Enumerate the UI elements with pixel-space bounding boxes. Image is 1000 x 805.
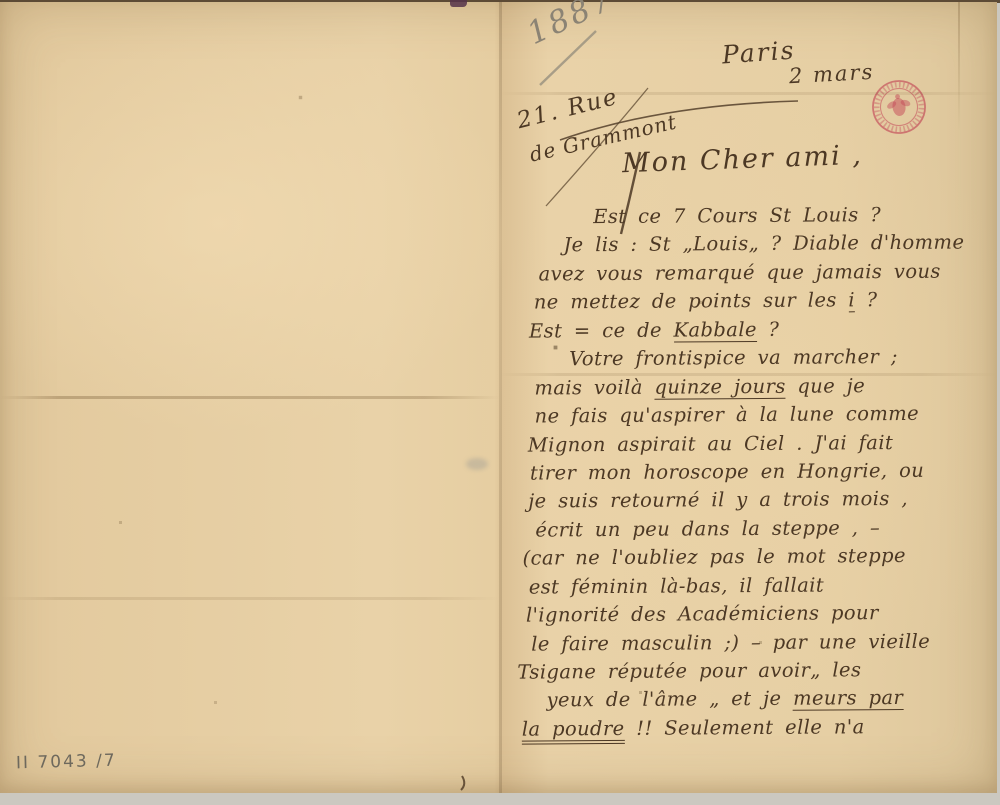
fold-crease-horizontal: [0, 597, 500, 600]
letter-body: Est ce 7 Cours St Louis ?Je lis : St „Lo…: [514, 202, 996, 746]
body-line: tirer mon horoscope en Hongrie, ou: [516, 458, 994, 490]
body-line: Est = ce de Kabbale ?: [515, 316, 993, 348]
body-line: Mignon aspirait au Ciel . J'ai fait: [516, 430, 994, 462]
body-line: la poudre !! Seulement elle n'a: [518, 714, 996, 746]
body-line: yeux de l'âme „ et je meurs par: [517, 686, 995, 718]
fold-top-mark: [450, 0, 467, 7]
body-line: Tsigane réputée pour avoir„ les: [517, 657, 995, 689]
body-line: Je lis : St „Louis„ ? Diable d'homme: [514, 231, 992, 263]
dateline-date: 2 mars: [788, 60, 874, 88]
body-line: est féminin là-bas, il fallait: [517, 572, 995, 604]
body-line: ne mettez de points sur les i ?: [515, 288, 993, 320]
body-line: Est ce 7 Cours St Louis ?: [514, 202, 992, 234]
salutation: Mon Cher ami ,: [622, 140, 864, 179]
paper-specks: [0, 2, 1, 3]
body-line: l'ignorité des Académiciens pour: [517, 600, 995, 632]
fold-crease-vertical: [958, 2, 960, 132]
body-line: avez vous remarqué que jamais vous: [515, 259, 993, 291]
fold-crease-horizontal: [0, 396, 500, 399]
body-line: mais voilà quinze jours que je: [515, 373, 993, 405]
body-line: écrit un peu dans la steppe , –: [516, 515, 994, 547]
year-annotation: 1887: [522, 0, 620, 52]
body-line: le faire masculin ;) – par une vieille: [517, 629, 995, 661]
body-line: Votre frontispice va marcher ;: [515, 345, 993, 377]
library-stamp-icon: [864, 72, 934, 142]
letter-paper: II 7043 /7 1887 Paris 2 mars 21. Rue de …: [0, 2, 997, 793]
dateline-city: Paris: [721, 35, 796, 69]
ink-smudge: [466, 458, 488, 470]
catalog-number: II 7043 /7: [16, 751, 117, 774]
body-line: je suis retourné il y a trois mois ,: [516, 487, 994, 519]
body-line: (car ne l'oubliez pas le mot steppe: [517, 544, 995, 576]
center-fold-line: [499, 2, 502, 793]
letter-scan: II 7043 /7 1887 Paris 2 mars 21. Rue de …: [0, 0, 1000, 805]
body-line: ne fais qu'aspirer à la lune comme: [516, 401, 994, 433]
